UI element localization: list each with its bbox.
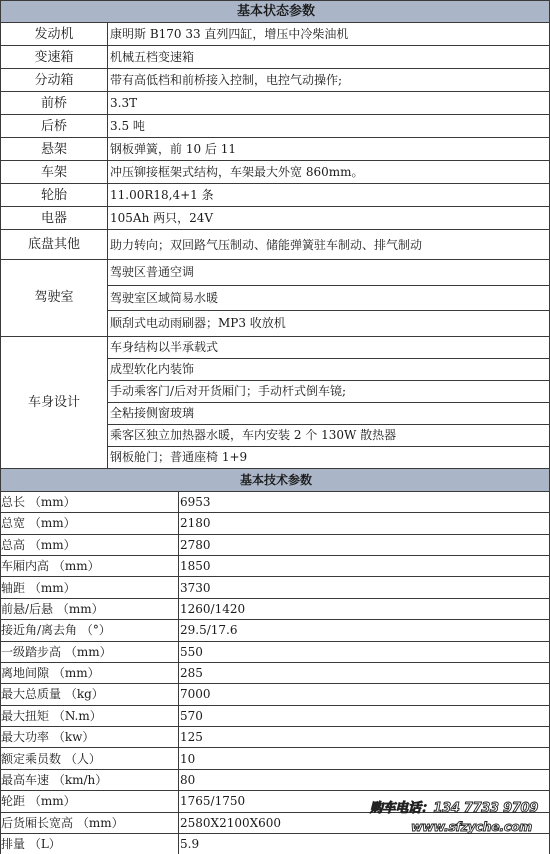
row-value: 285	[179, 662, 550, 683]
row-value: 钢板弹簧，前 10 后 11	[108, 138, 550, 161]
table-row: 电器105Ah 两只，24V	[1, 207, 550, 230]
row-label: 前桥	[1, 92, 108, 115]
group-item: 手动乘客门/后对开货厢门；手动杆式倒车镜;	[108, 380, 550, 402]
section-title-technical: 基本技术参数	[1, 468, 550, 491]
table-row: 最大总质量 （kg）7000	[1, 684, 550, 705]
table-row: 车架冲压铆接框架式结构，车架最大外宽 860mm。	[1, 161, 550, 184]
table-row: 最高车速 （km/h）80	[1, 769, 550, 790]
group-item: 成型软化内装饰	[108, 358, 550, 380]
row-label: 后桥	[1, 115, 108, 138]
row-value: 助力转向；双回路气压制动、储能弹簧驻车制动、排气制动	[108, 230, 550, 260]
table-row: 总宽 （mm）2180	[1, 513, 550, 534]
group-row-body: 车身设计车身结构以半承载式	[1, 336, 550, 358]
row-label: 变速箱	[1, 46, 108, 69]
row-label: 发动机	[1, 23, 108, 46]
row-value: 冲压铆接框架式结构，车架最大外宽 860mm。	[108, 161, 550, 184]
row-value: 11.00R18,4+1 条	[108, 184, 550, 207]
table-row: 变速箱机械五档变速箱	[1, 46, 550, 69]
table-row: 额定乘员数 （人）10	[1, 748, 550, 769]
row-value: 康明斯 B170 33 直列四缸，增压中冷柴油机	[108, 23, 550, 46]
table-row: 最大功率 （kw）125	[1, 727, 550, 748]
row-label: 总高 （mm）	[1, 534, 179, 555]
row-label: 电器	[1, 207, 108, 230]
row-label: 接近角/离去角 （°）	[1, 620, 179, 641]
table-row: 车厢内高 （mm）1850	[1, 555, 550, 576]
table-row: 排量 （L）5.9	[1, 834, 550, 854]
row-label: 轴距 （mm）	[1, 577, 179, 598]
group-label-body: 车身设计	[1, 336, 108, 468]
row-label: 车架	[1, 161, 108, 184]
group-item: 顺刮式电动雨刷器；MP3 收放机	[108, 311, 550, 337]
watermark-website: www.sfzyche.com	[411, 819, 532, 834]
table-row: 最大扭矩 （N.m）570	[1, 705, 550, 726]
row-label: 分动箱	[1, 69, 108, 92]
row-value: 机械五档变速箱	[108, 46, 550, 69]
row-label: 前悬/后悬 （mm）	[1, 598, 179, 619]
row-label: 轮胎	[1, 184, 108, 207]
group-item: 驾驶区普通空调	[108, 260, 550, 286]
row-value: 5.9	[179, 834, 550, 854]
table-row: 轴距 （mm）3730	[1, 577, 550, 598]
row-value: 550	[179, 641, 550, 662]
group-item: 车身结构以半承载式	[108, 336, 550, 358]
row-value: 105Ah 两只，24V	[108, 207, 550, 230]
row-value: 80	[179, 769, 550, 790]
table-row: 离地间隙 （mm）285	[1, 662, 550, 683]
row-label: 总宽 （mm）	[1, 513, 179, 534]
watermark-phone: 购车电话：134 7733 9709	[370, 797, 538, 816]
row-value: 570	[179, 705, 550, 726]
row-label: 后货厢长宽高 （mm）	[1, 812, 179, 833]
row-value: 125	[179, 727, 550, 748]
row-value: 6953	[179, 491, 550, 512]
table-row: 轮胎11.00R18,4+1 条	[1, 184, 550, 207]
row-label: 最高车速 （km/h）	[1, 769, 179, 790]
table-row: 总高 （mm）2780	[1, 534, 550, 555]
row-label: 额定乘员数 （人）	[1, 748, 179, 769]
row-value: 2780	[179, 534, 550, 555]
basic-status-table: 基本状态参数 发动机康明斯 B170 33 直列四缸，增压中冷柴油机 变速箱机械…	[0, 0, 550, 469]
row-label: 总长 （mm）	[1, 491, 179, 512]
row-label: 排量 （L）	[1, 834, 179, 854]
row-value: 带有高低档和前桥接入控制，电控气动操作;	[108, 69, 550, 92]
group-label-cab: 驾驶室	[1, 260, 108, 337]
row-value: 1260/1420	[179, 598, 550, 619]
row-label: 最大功率 （kw）	[1, 727, 179, 748]
table-row: 分动箱带有高低档和前桥接入控制，电控气动操作;	[1, 69, 550, 92]
row-label: 离地间隙 （mm）	[1, 662, 179, 683]
group-item: 驾驶室区域简易水暖	[108, 285, 550, 311]
row-value: 3730	[179, 577, 550, 598]
row-value: 2180	[179, 513, 550, 534]
table-row: 发动机康明斯 B170 33 直列四缸，增压中冷柴油机	[1, 23, 550, 46]
table-row: 接近角/离去角 （°）29.5/17.6	[1, 620, 550, 641]
row-label: 最大总质量 （kg）	[1, 684, 179, 705]
row-label: 悬架	[1, 138, 108, 161]
table-row: 底盘其他助力转向；双回路气压制动、储能弹簧驻车制动、排气制动	[1, 230, 550, 260]
row-label: 底盘其他	[1, 230, 108, 260]
group-item: 乘客区独立加热器水暖，车内安装 2 个 130W 散热器	[108, 424, 550, 446]
table-row: 悬架钢板弹簧，前 10 后 11	[1, 138, 550, 161]
table-row: 前悬/后悬 （mm）1260/1420	[1, 598, 550, 619]
section-title-basic-status: 基本状态参数	[1, 1, 550, 23]
row-label: 轮距 （mm）	[1, 791, 179, 812]
row-label: 车厢内高 （mm）	[1, 555, 179, 576]
table-row: 一级踏步高 （mm）550	[1, 641, 550, 662]
group-item: 全粘接侧窗玻璃	[108, 402, 550, 424]
row-value: 7000	[179, 684, 550, 705]
row-value: 3.5 吨	[108, 115, 550, 138]
group-row-cab: 驾驶室驾驶区普通空调	[1, 260, 550, 286]
row-label: 最大扭矩 （N.m）	[1, 705, 179, 726]
table-row: 总长 （mm）6953	[1, 491, 550, 512]
table-row: 后桥3.5 吨	[1, 115, 550, 138]
row-value: 10	[179, 748, 550, 769]
row-value: 3.3T	[108, 92, 550, 115]
row-value: 29.5/17.6	[179, 620, 550, 641]
table-row: 前桥3.3T	[1, 92, 550, 115]
row-value: 1850	[179, 555, 550, 576]
row-label: 一级踏步高 （mm）	[1, 641, 179, 662]
group-item: 钢板舱门；普通座椅 1+9	[108, 446, 550, 468]
